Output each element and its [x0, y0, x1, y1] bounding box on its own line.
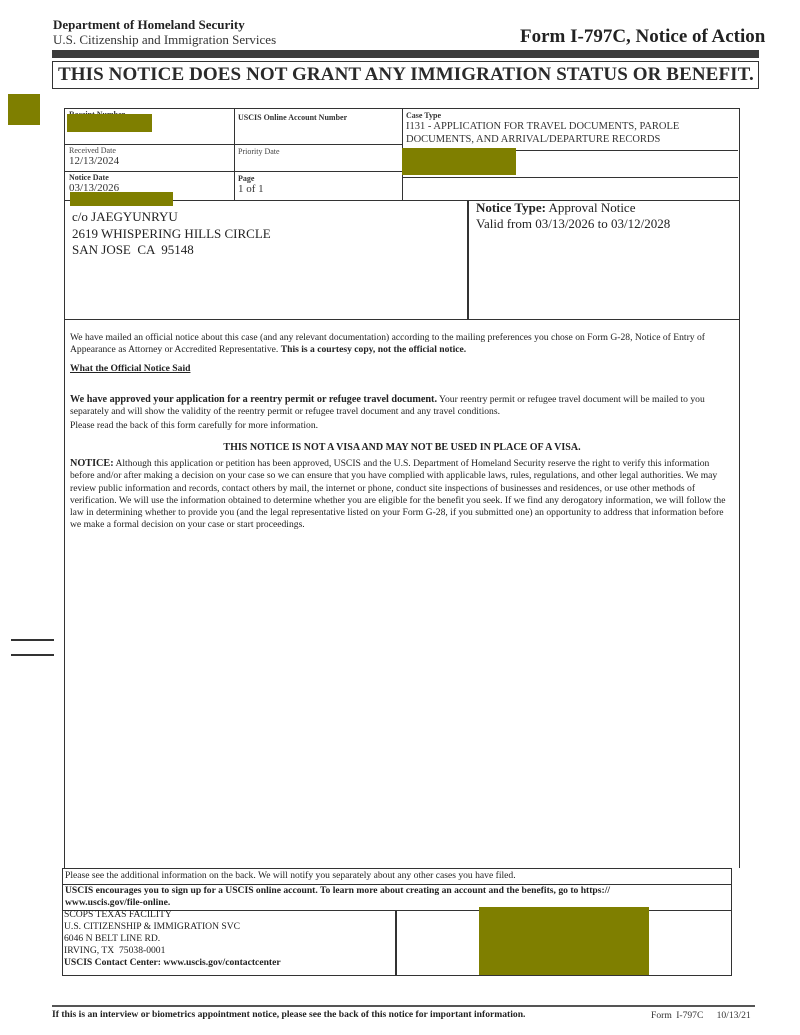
office-divider — [395, 911, 397, 976]
page-label: Page — [238, 174, 254, 183]
case-type-label: Case Type — [406, 111, 441, 120]
city-state-zip-line: SAN JOSE CA 95148 — [72, 242, 271, 259]
priority-date-label: Priority Date — [238, 147, 280, 156]
approval-paragraph: We have approved your application for a … — [70, 394, 734, 419]
contact-center-link[interactable]: USCIS Contact Center: www.uscis.gov/cont… — [64, 957, 281, 969]
section-heading: What the Official Notice Said — [70, 363, 190, 374]
uscis-office-address: SCOPS TEXAS FACILITY U.S. CITIZENSHIP & … — [64, 909, 281, 969]
footer-note: If this is an interview or biometrics ap… — [52, 1009, 525, 1020]
office-line: 6046 N BELT LINE RD. — [64, 933, 281, 945]
redacted-barcode — [479, 907, 649, 975]
online-account-cell: USCIS Online Account Number — [235, 109, 403, 145]
notice-date-label: Notice Date — [69, 173, 109, 182]
address-divider — [467, 200, 469, 320]
priority-date-cell: Priority Date — [235, 145, 403, 172]
received-date-cell: Received Date 12/13/2024 — [65, 145, 235, 172]
agency-header: Department of Homeland Security U.S. Cit… — [53, 17, 276, 47]
approval-statement: We have approved your application for a … — [70, 394, 437, 405]
footer-rule — [52, 1005, 755, 1007]
case-type-value-line1: I131 - APPLICATION FOR TRAVEL DOCUMENTS,… — [406, 121, 679, 133]
agency-name: U.S. Citizenship and Immigration Service… — [53, 32, 276, 47]
notice-label: NOTICE: — [70, 458, 114, 469]
status-banner: THIS NOTICE DOES NOT GRANT ANY IMMIGRATI… — [52, 61, 759, 89]
received-date-value: 12/13/2024 — [69, 155, 119, 167]
notice-type-block: Notice Type: Approval Notice Valid from … — [476, 200, 670, 232]
visa-warning: THIS NOTICE IS NOT A VISA AND MAY NOT BE… — [70, 442, 734, 454]
page-cell: Page 1 of 1 — [235, 172, 403, 200]
redacted-field — [402, 148, 516, 175]
scan-artifact-line — [11, 654, 54, 656]
received-date-label: Received Date — [69, 146, 116, 155]
section-heading-row: What the Official Notice Said — [70, 363, 734, 375]
case-type-cell: Case Type I131 - APPLICATION FOR TRAVEL … — [403, 109, 738, 151]
validity-period: Valid from 03/13/2026 to 03/12/2028 — [476, 216, 670, 232]
street-line: 2619 WHISPERING HILLS CIRCLE — [72, 226, 271, 243]
online-account-label: USCIS Online Account Number — [238, 113, 347, 122]
notice-text: Although this application or petition ha… — [70, 458, 726, 530]
read-back-note: Please read the back of this form carefu… — [70, 420, 734, 432]
page-value: 1 of 1 — [238, 183, 264, 195]
redaction-mark — [8, 94, 40, 125]
mailing-address: c/o JAEGYUNRYU 2619 WHISPERING HILLS CIR… — [72, 209, 271, 259]
notice-paragraph: NOTICE: Although this application or pet… — [70, 458, 734, 532]
additional-info-row: Please see the additional information on… — [62, 868, 732, 885]
intro-paragraph: We have mailed an official notice about … — [70, 332, 734, 357]
notice-type-label: Notice Type: — [476, 200, 546, 215]
office-line: IRVING, TX 75038-0001 — [64, 945, 281, 957]
scan-artifact-line — [11, 639, 54, 641]
case-type-value-line2: DOCUMENTS, AND ARRIVAL/DEPARTURE RECORDS — [406, 134, 660, 146]
care-of-line: c/o JAEGYUNRYU — [72, 209, 271, 226]
header-rule — [52, 50, 759, 58]
office-line: U.S. CITIZENSHIP & IMMIGRATION SVC — [64, 921, 281, 933]
notice-type-value: Approval Notice — [548, 200, 635, 215]
form-title: Form I-797C, Notice of Action — [520, 26, 765, 48]
redacted-receipt-number — [67, 114, 152, 132]
office-line: SCOPS TEXAS FACILITY — [64, 909, 281, 921]
online-account-text: USCIS encourages you to sign up for a US… — [65, 885, 731, 897]
courtesy-copy-note: This is a courtesy copy, not the officia… — [281, 344, 466, 355]
form-version: Form I-797C 10/13/21 — [651, 1010, 751, 1021]
department-name: Department of Homeland Security — [53, 17, 276, 32]
